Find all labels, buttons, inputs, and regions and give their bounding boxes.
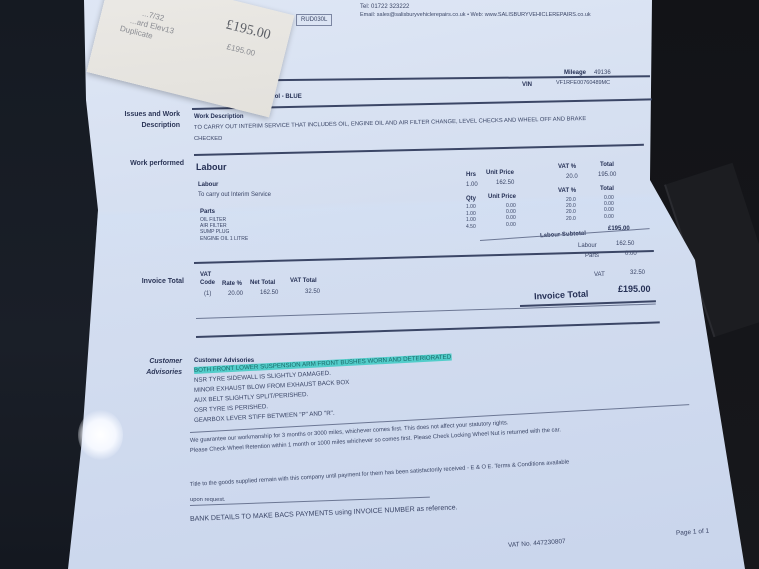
reference-box: RUD030L <box>296 14 332 26</box>
customer-label: Customer <box>120 358 182 365</box>
part-total: 0.00 <box>604 207 614 213</box>
work-description-text: TO CARRY OUT INTERIM SERVICE THAT INCLUD… <box>194 116 586 131</box>
work-description-text-2: CHECKED <box>194 136 222 142</box>
part-qty: 1.00 <box>466 204 476 210</box>
labour-hrs: 1.00 <box>466 182 478 188</box>
mileage-label: Mileage <box>564 70 586 76</box>
totals-vat-value: 32.50 <box>630 270 645 276</box>
part-vat: 20.0 <box>566 197 576 203</box>
labour-heading: Labour <box>196 162 227 172</box>
col-parts-vat: VAT % <box>558 188 576 194</box>
title-line-1: Title to the goods supplied remain with … <box>190 459 570 488</box>
part-unit-price: 0.00 <box>506 203 516 209</box>
card-receipt: ...7/32 ...ard Elev13 Duplicate £195.00 … <box>87 0 295 117</box>
part-qty: 1.00 <box>466 217 476 223</box>
net-total: 162.50 <box>260 290 278 296</box>
col-vat: VAT % <box>558 164 576 170</box>
grand-total-value: £195.00 <box>618 284 651 294</box>
vat-number: VAT No. 447230807 <box>508 538 566 549</box>
part-total: 0.00 <box>604 201 614 207</box>
part-unit-price: 0.00 <box>506 222 516 228</box>
divider <box>480 228 650 241</box>
col-parts-total: Total <box>600 186 614 192</box>
vin-value: VF1RFE00760489MC <box>556 80 610 86</box>
part-vat: 20.0 <box>566 216 576 222</box>
part-total: 0.00 <box>604 214 614 220</box>
part-total: 0.00 <box>604 195 614 201</box>
col-unit-price: Unit Price <box>486 170 514 176</box>
invoice-total-label: Invoice Total <box>118 278 184 285</box>
col-vat-code: VAT <box>200 272 211 278</box>
part-vat: 20.0 <box>566 209 576 215</box>
col-net-total: Net Total <box>250 280 275 286</box>
vat-rate: 20.00 <box>228 291 243 297</box>
totals-parts-label: Parts <box>585 253 599 259</box>
part-name: SUMP PLUG <box>200 229 229 235</box>
labour-total: 195.00 <box>598 172 616 178</box>
bank-details: BANK DETAILS TO MAKE BACS PAYMENTS using… <box>190 504 458 523</box>
email-web: Email: sales@salisburyvehiclerepairs.co.… <box>360 12 591 18</box>
col-parts-unit-price: Unit Price <box>488 194 516 200</box>
vat-code: (1) <box>204 291 211 297</box>
part-qty: 4.50 <box>466 224 476 230</box>
vat-total: 32.50 <box>305 289 320 295</box>
part-name: AIR FILTER <box>200 223 227 229</box>
divider <box>194 144 644 156</box>
work-performed-label: Work performed <box>110 160 184 167</box>
title-line-2: upon request. <box>190 497 225 503</box>
totals-vat-label: VAT <box>594 272 605 278</box>
col-hrs: Hrs <box>466 172 476 178</box>
page-number: Page 1 of 1 <box>676 528 710 537</box>
part-unit-price: 0.00 <box>506 209 516 215</box>
parts-title: Parts <box>200 209 215 215</box>
divider <box>196 321 660 337</box>
totals-labour-value: 162.50 <box>616 241 634 247</box>
invoice-document: RUD030L Tel: 01722 323222 Email: sales@s… <box>0 0 759 569</box>
part-name: OIL FILTER <box>200 217 226 223</box>
part-vat: 20.0 <box>566 203 576 209</box>
telephone: Tel: 01722 323222 <box>360 4 409 10</box>
light-glare <box>78 410 123 460</box>
part-unit-price: 0.00 <box>506 215 516 221</box>
advisory-item: OSR TYRE IS PERISHED. <box>194 403 268 414</box>
advisories-label: Advisories <box>120 369 182 376</box>
labour-title: Labour <box>198 182 218 188</box>
divider <box>190 497 430 506</box>
col-code: Code <box>200 280 215 286</box>
part-qty: 1.00 <box>466 211 476 217</box>
col-qty: Qty <box>466 196 476 202</box>
vin-label: VIN <box>522 82 532 88</box>
advisories-heading: Customer Advisories <box>194 358 254 364</box>
work-description-heading: Work Description <box>194 114 244 120</box>
issues-label: Issues and Work <box>110 111 180 118</box>
totals-labour-label: Labour <box>578 243 597 249</box>
col-rate: Rate % <box>222 281 242 287</box>
receipt-amount-small: £195.00 <box>226 42 256 58</box>
part-name: ENGINE OIL 1 LITRE <box>200 236 248 242</box>
col-total: Total <box>600 162 614 168</box>
grand-total-label: Invoice Total <box>534 289 589 302</box>
labour-description: To carry out Interim Service <box>198 192 271 198</box>
mileage-value: 49136 <box>594 70 611 76</box>
description-label: Description <box>110 122 180 129</box>
labour-vat: 20.0 <box>566 174 578 180</box>
receipt-amount: £195.00 <box>224 17 272 44</box>
divider <box>196 304 656 319</box>
col-vat-total: VAT Total <box>290 278 317 284</box>
labour-unit-price: 162.50 <box>496 180 514 186</box>
